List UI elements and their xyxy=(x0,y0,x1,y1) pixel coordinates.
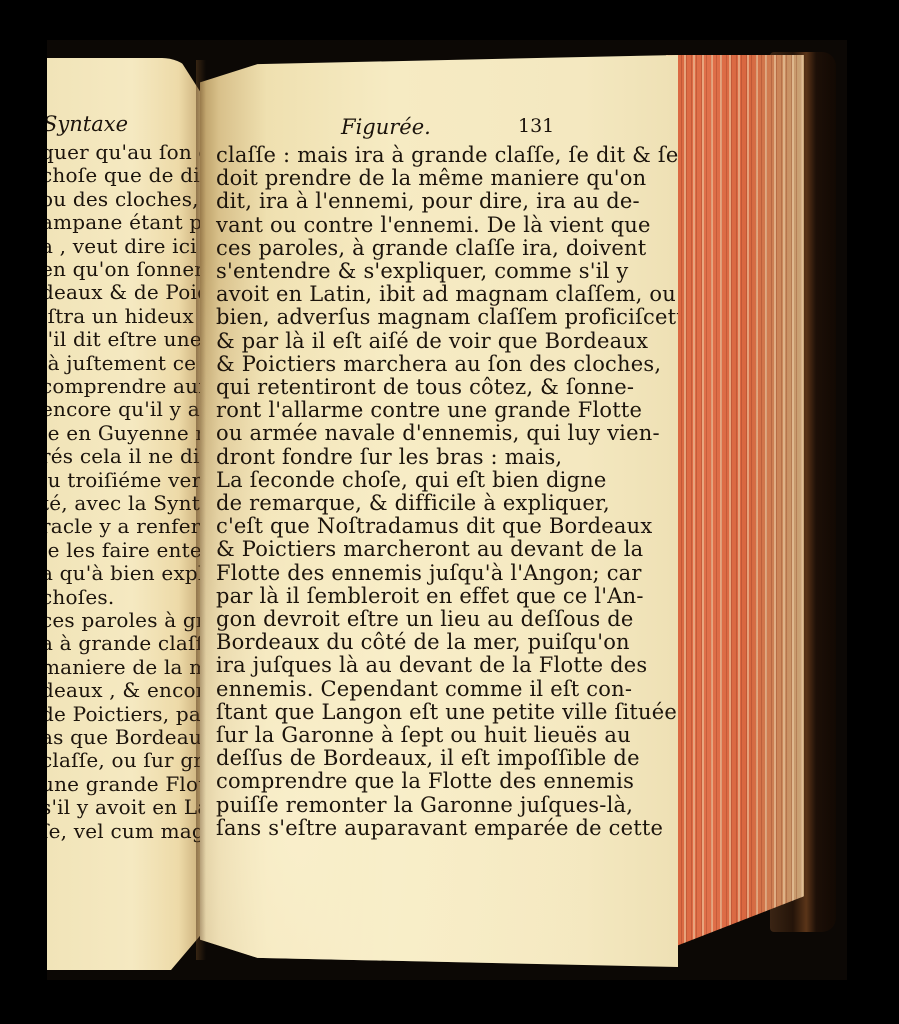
text-line: as que Bordeaux & xyxy=(47,725,202,749)
right-page: Figurée. 131 claſſe : mais ira à grande … xyxy=(200,55,678,967)
text-line: dit, ira à l'ennemi, pour dire, ira au d… xyxy=(216,189,640,213)
text-line: claſſe, ou ſur grande xyxy=(47,748,202,772)
text-line: s'entendre & s'expliquer, comme s'il y xyxy=(216,259,628,283)
text-line: & Poictiers marcheront au devant de la xyxy=(216,537,643,561)
text-line: & par là il eſt aiſé de voir que Bordeau… xyxy=(216,329,648,353)
text-line: lu troiſiéme vers où xyxy=(47,468,202,492)
text-line: ces paroles à grande xyxy=(47,608,202,632)
text-line: quer qu'au ſon de la xyxy=(47,140,202,164)
text-line: ſur la Garonne à ſept ou huit lieuës au xyxy=(216,723,631,747)
text-line: Flotte des ennemis juſqu'à l'Angon; car xyxy=(216,561,642,585)
text-line: racle y a renfermée. xyxy=(47,514,202,538)
text-line: Bordeaux du côté de la mer, puiſqu'on xyxy=(216,630,630,654)
text-line: La ſeconde choſe, qui eſt bien digne xyxy=(216,468,607,492)
book-photograph: Syntaxe quer qu'au ſon de lachoſe que de… xyxy=(0,0,899,1024)
text-line: iſtra un hideux mon- xyxy=(47,304,202,328)
text-line: en qu'on ſonnera la xyxy=(47,257,202,281)
text-line: qui retentiront de tous côtez, & ſonne- xyxy=(216,375,634,399)
text-line: a qu'à bien expli- xyxy=(47,561,202,585)
red-sprinkled-fore-edge xyxy=(666,55,804,950)
book-gutter xyxy=(196,60,206,960)
text-line: de Poictiers, parce xyxy=(47,702,202,726)
text-line: deaux , & encore xyxy=(47,678,202,702)
text-line: vant ou contre l'ennemi. De là vient que xyxy=(216,213,651,237)
text-line: le les faire entendre xyxy=(47,538,202,562)
text-line: a à grande claſſe, ne xyxy=(47,631,202,655)
text-line: claſſe : mais ira à grande claſſe, ſe di… xyxy=(216,143,678,167)
text-line: doit prendre de la même maniere qu'on xyxy=(216,166,646,190)
text-line: té, avec la Syntheſe xyxy=(47,491,202,515)
text-line: ennemis. Cependant comme il eſt con- xyxy=(216,677,632,701)
text-line: le en Guyenne nom- xyxy=(47,421,202,445)
left-running-head: Syntaxe xyxy=(47,112,128,136)
text-line: avoit en Latin, ibit ad magnam claſſem, … xyxy=(216,282,676,306)
text-line: s'il y avoit en La- xyxy=(47,795,202,819)
text-line: ira juſques là au devant de la Flotte de… xyxy=(216,653,647,677)
text-line: ſans s'eſtre auparavant emparée de cette xyxy=(216,816,663,840)
left-page: Syntaxe quer qu'au ſon de lachoſe que de… xyxy=(47,58,202,970)
text-line: choſes. xyxy=(47,585,114,609)
text-line: dront fondre ſur les bras : mais, xyxy=(216,445,562,469)
text-line: ces paroles, à grande claſſe ira, doiven… xyxy=(216,236,646,260)
text-line: i'il dit eſtre une ville xyxy=(47,327,202,351)
text-line: deaux & de Poictiers xyxy=(47,280,202,304)
text-line: encore qu'il y ait, xyxy=(47,397,202,421)
text-line: rés cela il ne dit rien xyxy=(47,444,202,468)
page-number: 131 xyxy=(518,115,554,137)
text-line: deſſus de Bordeaux, il eſt impoſſible de xyxy=(216,746,640,770)
text-line: là juſtement ce que xyxy=(47,351,202,375)
text-line: a , veut dire ici une xyxy=(47,234,202,258)
text-line: c'eſt que Noſtradamus dit que Bordeaux xyxy=(216,514,652,538)
text-line: ampane étant pris & xyxy=(47,210,202,234)
text-line: choſe que de dire xyxy=(47,163,202,187)
text-line: ſe, vel cum magna xyxy=(47,819,202,843)
text-line: & Poictiers marchera au ſon des cloches, xyxy=(216,352,661,376)
text-line: maniere de la mar- xyxy=(47,655,202,679)
text-line: une grande Flotte xyxy=(47,772,202,796)
text-line: comprendre auſſi xyxy=(47,374,202,398)
text-line: comprendre que la Flotte des ennemis xyxy=(216,769,634,793)
right-running-head: Figurée. xyxy=(341,115,431,139)
text-line: ou armée navale d'ennemis, qui luy vien- xyxy=(216,421,660,445)
text-line: puiſſe remonter la Garonne juſques-là, xyxy=(216,793,633,817)
text-line: ou des cloches, il xyxy=(47,187,202,211)
text-line: ront l'allarme contre une grande Flotte xyxy=(216,398,642,422)
text-line: ſtant que Langon eſt une petite ville ſi… xyxy=(216,700,677,724)
text-line: gon devroit eſtre un lieu au deſſous de xyxy=(216,607,634,631)
text-line: par là il ſembleroit en effet que ce l'A… xyxy=(216,584,644,608)
text-line: bien, adverſus magnam claſſem proficiſce… xyxy=(216,305,678,329)
text-line: de remarque, & difficile à expliquer, xyxy=(216,491,610,515)
